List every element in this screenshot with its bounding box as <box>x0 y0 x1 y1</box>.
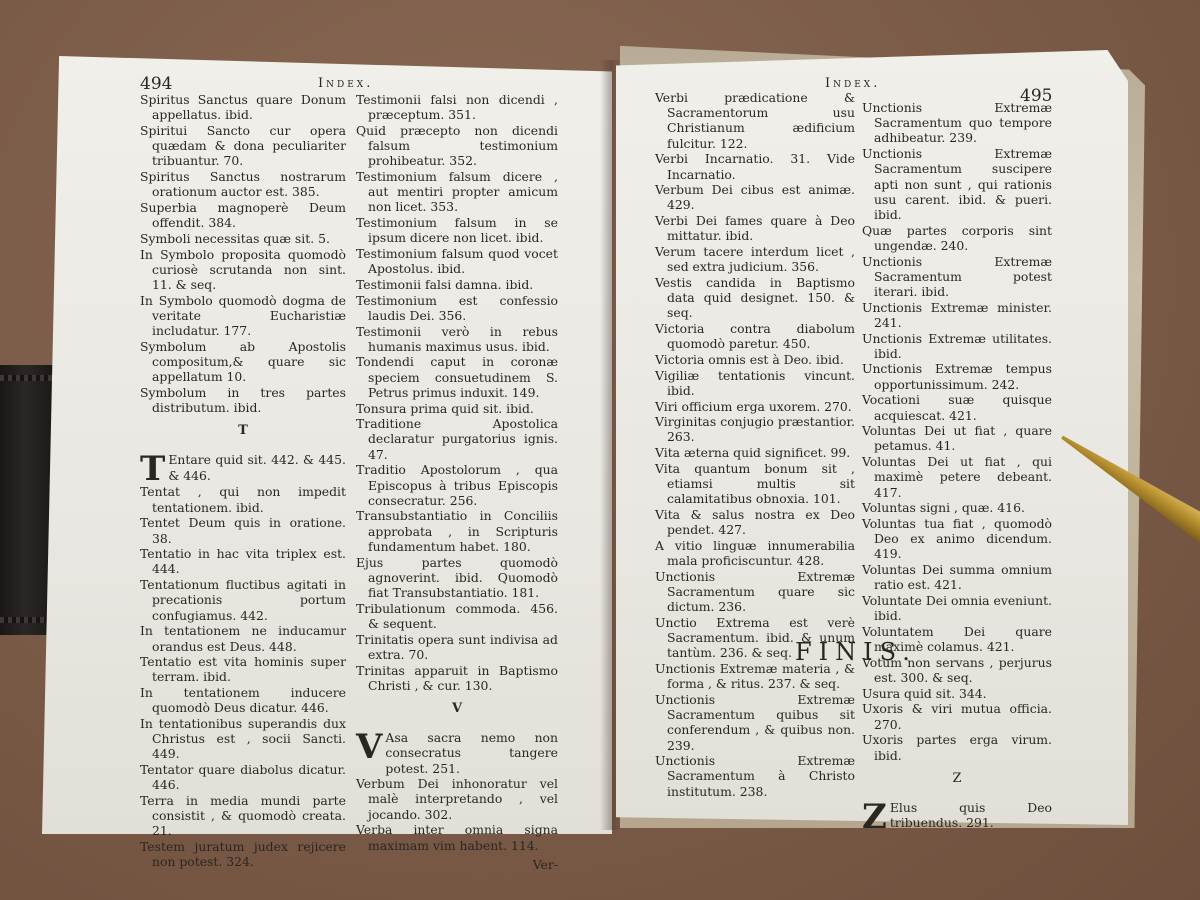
finis-text: FINIS. <box>795 638 917 666</box>
drop-entry-text: Entare quid sit. 442. & 445. & 446. <box>168 452 346 482</box>
index-entry: Trinitatis opera sunt indivisa ad extra.… <box>356 632 558 662</box>
index-entry: Vita quantum bonum sit , etiamsi multis … <box>655 461 855 507</box>
right-running-head: Index. <box>825 76 880 91</box>
index-entry: In tentationem inducere quomodò Deus dic… <box>140 685 346 715</box>
index-entry: Testimonii falsi non dicendi , præceptum… <box>356 92 558 122</box>
index-entry: Quid præcepto non dicendi falsum testimo… <box>356 123 558 169</box>
index-entry: Unctionis Extremæ Sacramentum quibus sit… <box>655 692 855 753</box>
left-page-number: 494 <box>140 74 172 94</box>
index-entry: Testimonium est confessio laudis Dei. 35… <box>356 293 558 323</box>
drop-entry-text: Elus quis Deo tribuendus. 291. <box>890 800 1052 830</box>
index-entry: Tentatio in hac vita triplex est. 444. <box>140 546 346 576</box>
index-entry: Testimonii verò in rebus humanis maximus… <box>356 324 558 354</box>
index-entries: Verbum Dei inhonoratur vel malè interpre… <box>356 776 558 853</box>
left-column-2: Testimonii falsi non dicendi , præceptum… <box>356 92 558 872</box>
index-entry: Tentator quare diabolus dicatur. 446. <box>140 762 346 792</box>
index-entry: In tentationibus superandis dux Christus… <box>140 716 346 762</box>
index-entry: A vitio linguæ innumerabilia mala profic… <box>655 538 855 568</box>
index-entry: Uxoris & viri mutua officia. 270. <box>862 701 1052 731</box>
index-entry: Voluntas Dei ut fiat , qui maximè petere… <box>862 454 1052 500</box>
index-entry: Unctionis Extremæ utilitates. ibid. <box>862 331 1052 361</box>
index-entry: Viri officium erga uxorem. 270. <box>655 399 855 414</box>
index-entry: Unctionis Extremæ Sacramentum suscipere … <box>862 146 1052 222</box>
index-entry: In Symbolo proposita quomodò curiosè scr… <box>140 247 346 293</box>
index-entry: Trinitas apparuit in Baptismo Christi , … <box>356 663 558 693</box>
index-entry: Testimonii falsi damna. ibid. <box>356 277 558 292</box>
index-entry: Vigiliæ tentationis vincunt. ibid. <box>655 368 855 398</box>
index-entry: Voluntas Dei ut fiat , quare petamus. 41… <box>862 423 1052 453</box>
index-entry: Testem juratum judex rejicere non potest… <box>140 839 346 869</box>
index-entry: Verbi prædicatione & Sacramentorum usu C… <box>655 90 855 151</box>
drop-entry: V Asa sacra nemo non consecratus tangere… <box>356 730 558 776</box>
index-entry: Tentet Deum quis in oratione. 38. <box>140 515 346 545</box>
right-column-1: Verbi prædicatione & Sacramentorum usu C… <box>655 90 855 799</box>
index-entry: Tondendi caput in coronæ speciem consuet… <box>356 354 558 400</box>
index-entry: Unctionis Extremæ minister. 241. <box>862 300 1052 330</box>
index-entry: Vita & salus nostra ex Deo pendet. 427. <box>655 507 855 537</box>
left-column-1: Spiritus Sanctus quare Donum appellatus.… <box>140 92 346 870</box>
index-entry: Tonsura prima quid sit. ibid. <box>356 401 558 416</box>
drop-initial: V <box>356 732 382 762</box>
index-entry: Symbolum ab Apostolis compositum,& quare… <box>140 339 346 385</box>
index-entry: Virginitas conjugio præstantior. 263. <box>655 414 855 444</box>
index-entry: Unctionis Extremæ Sacramentum à Christo … <box>655 753 855 799</box>
index-entry: Unctionis Extremæ Sacramentum quo tempor… <box>862 100 1052 146</box>
index-entries: Spiritus Sanctus quare Donum appellatus.… <box>140 92 346 415</box>
index-entry: Usura quid sit. 344. <box>862 686 1052 701</box>
index-entry: Verbi Dei fames quare à Deo mittatur. ib… <box>655 213 855 243</box>
index-entry: Voluntas tua fiat , quomodò Deo ex animo… <box>862 516 1052 562</box>
index-entries: Verbi prædicatione & Sacramentorum usu C… <box>655 90 855 799</box>
index-entry: Terra in media mundi parte consistit , &… <box>140 793 346 839</box>
index-entry: Spiritus Sanctus nostrarum orationum auc… <box>140 169 346 199</box>
index-entry: Verbi Incarnatio. 31. Vide Incarnatio. <box>655 151 855 181</box>
index-entry: Tentatio est vita hominis super terram. … <box>140 654 346 684</box>
index-entry: Symbolum in tres partes distributum. ibi… <box>140 385 346 415</box>
index-entry: Tentat , qui non impedit tentationem. ib… <box>140 484 346 514</box>
index-entry: Uxoris partes erga virum. ibid. <box>862 732 1052 762</box>
letter-heading: T <box>140 423 346 438</box>
index-entry: Tentationum fluctibus agitati in precati… <box>140 577 346 623</box>
index-entry: Testimonium falsum quod vocet Apostolus.… <box>356 246 558 276</box>
index-entry: Unctionis Extremæ tempus opportunissimum… <box>862 361 1052 391</box>
catchword: Ver- <box>356 857 558 872</box>
index-entry: Vestis candida in Baptismo data quid des… <box>655 275 855 321</box>
drop-entry: T Entare quid sit. 442. & 445. & 446. <box>140 452 346 482</box>
left-running-head: Index. <box>318 76 373 91</box>
drop-initial: Z <box>862 802 887 832</box>
index-entry: Voluntas Dei summa omnium ratio est. 421… <box>862 562 1052 592</box>
index-entry: Spiritui Sancto cur opera quædam & dona … <box>140 123 346 169</box>
index-entry: In Symbolo quomodò dogma de veritate Euc… <box>140 293 346 339</box>
index-entry: Victoria contra diabolum quomodò paretur… <box>655 321 855 351</box>
index-entries: Testimonii falsi non dicendi , præceptum… <box>356 92 558 693</box>
index-entry: Quæ partes corporis sint ungendæ. 240. <box>862 223 1052 253</box>
index-entry: Voluntas signi , quæ. 416. <box>862 500 1052 515</box>
index-entry: Unctionis Extremæ Sacramentum potest ite… <box>862 254 1052 300</box>
index-entry: Superbia magnoperè Deum offendit. 384. <box>140 200 346 230</box>
index-entry: Unctionis Extremæ Sacramentum quare sic … <box>655 569 855 615</box>
index-entry: Victoria omnis est à Deo. ibid. <box>655 352 855 367</box>
index-entry: Testimonium falsum in se ipsum dicere no… <box>356 215 558 245</box>
index-entry: Vocationi suæ quisque acquiescat. 421. <box>862 392 1052 422</box>
index-entry: Voluntate Dei omnia eveniunt. ibid. <box>862 593 1052 623</box>
index-entry: Tribulationum commoda. 456. & sequent. <box>356 601 558 631</box>
index-entry: Verba inter omnia signa maximam vim habe… <box>356 822 558 852</box>
drop-initial: T <box>140 454 165 484</box>
index-entry: Testimonium falsum dicere , aut mentiri … <box>356 169 558 215</box>
index-entry: Spiritus Sanctus quare Donum appellatus.… <box>140 92 346 122</box>
drop-entry-text: Asa sacra nemo non consecratus tangere p… <box>385 730 558 775</box>
index-entry: In tentationem ne inducamur orandus est … <box>140 623 346 653</box>
index-entry: Verbum Dei cibus est animæ. 429. <box>655 182 855 212</box>
index-entry: Vita æterna quid significet. 99. <box>655 445 855 460</box>
index-entry: Transubstantiatio in Conciliis approbata… <box>356 508 558 554</box>
index-entry: Symboli necessitas quæ sit. 5. <box>140 231 346 246</box>
letter-heading: V <box>356 701 558 716</box>
index-entry: Verum tacere interdum licet , sed extra … <box>655 244 855 274</box>
index-entry: Traditio Apostolorum , qua Episcopus à t… <box>356 462 558 508</box>
index-entries: Tentat , qui non impedit tentationem. ib… <box>140 484 346 869</box>
right-column-2: Unctionis Extremæ Sacramentum quo tempor… <box>862 100 1052 832</box>
index-entry: Verbum Dei inhonoratur vel malè interpre… <box>356 776 558 822</box>
letter-heading: Z <box>862 771 1052 786</box>
drop-entry: Z Elus quis Deo tribuendus. 291. <box>862 800 1052 830</box>
index-entry: Ejus partes quomodò agnoverint. ibid. Qu… <box>356 555 558 601</box>
index-entry: Traditione Apostolica declaratur purgato… <box>356 416 558 462</box>
